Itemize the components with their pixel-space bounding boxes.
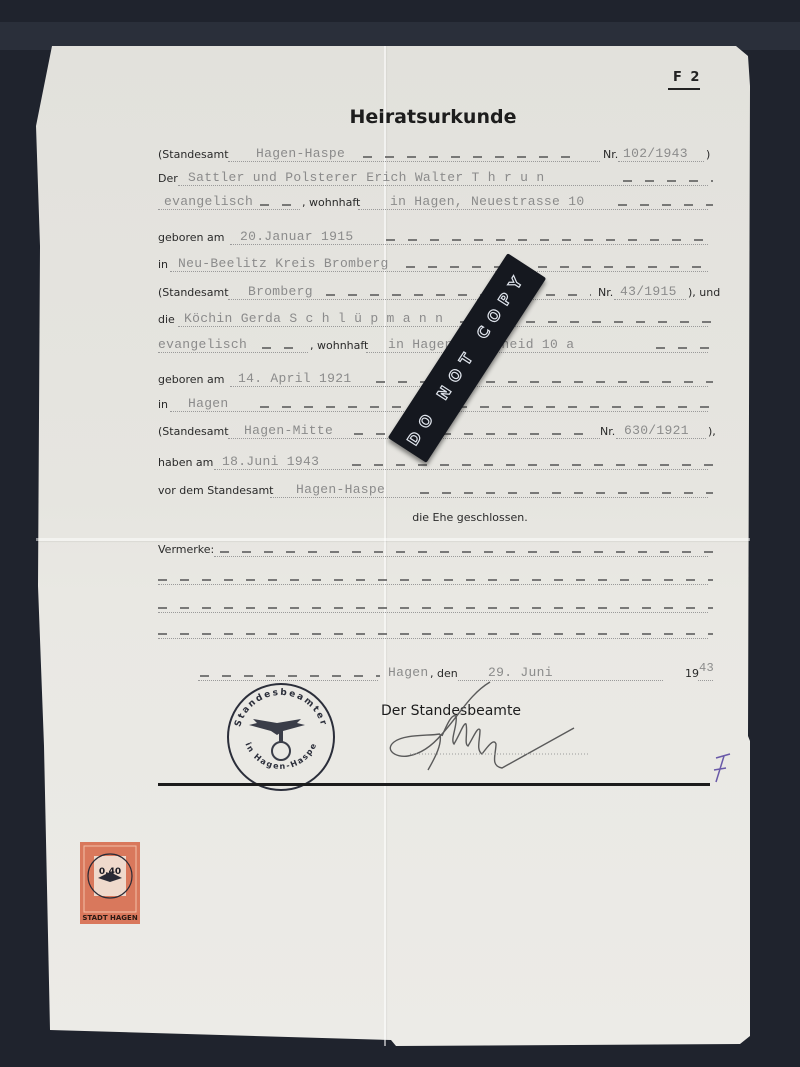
bride-registry-number: 630/1921 — [624, 423, 689, 438]
remarks-label: Vermerke: — [158, 543, 214, 556]
groom-name: Sattler und Polsterer Erich Walter T h r… — [188, 170, 544, 185]
seal-top-text: Standesbeamter — [233, 688, 328, 728]
groom-birthplace: Neu-Beelitz Kreis Bromberg — [178, 256, 389, 271]
form-code-underline — [668, 88, 700, 90]
bride-birth-date: 14. April 1921 — [238, 371, 351, 386]
marriage-date: 18.Juni 1943 — [222, 454, 319, 469]
stamp-issuer: STADT HAGEN — [82, 914, 138, 922]
svg-text:in Hagen-Haspe: in Hagen-Haspe — [243, 741, 318, 771]
groom-registry-number: 43/1915 — [620, 284, 677, 299]
groom-registry-office: Bromberg — [248, 284, 313, 299]
certificate-number: 102/1943 — [623, 146, 688, 161]
nr-label: Nr. — [603, 148, 618, 161]
svg-text:Standesbeamter: Standesbeamter — [233, 688, 328, 728]
row-remarks: Vermerke: — [158, 538, 714, 558]
seal-bottom-text: in Hagen-Haspe — [243, 741, 318, 771]
registry-value: Hagen-Haspe — [256, 146, 345, 161]
row-marriage-date: haben am 18.Juni 1943 — [158, 451, 714, 471]
row-bride-residence: evangelisch , wohnhaft in Hagen, J…schei… — [158, 334, 714, 354]
row-groom-residence: evangelisch , wohnhaft in Hagen, Neuestr… — [158, 191, 714, 211]
background-frame — [0, 22, 800, 50]
revenue-stamp: 0.40 STADT HAGEN — [80, 842, 140, 924]
row-marriage-office: vor dem Standesamt Hagen-Haspe — [158, 479, 714, 499]
marriage-closing-text: die Ehe geschlossen. — [0, 511, 800, 524]
bride-registry-office: Hagen-Mitte — [244, 423, 333, 438]
form-code: F 2 — [673, 70, 701, 85]
signature-rule — [158, 783, 710, 786]
row-remarks-3 — [158, 594, 714, 614]
bride-religion: evangelisch — [158, 337, 247, 352]
row-groom-name: Der Sattler und Polsterer Erich Walter T… — [158, 167, 714, 187]
row-remarks-4 — [158, 620, 714, 640]
row-registry-office: (Standesamt Hagen-Haspe Nr. 102/1943 ) — [158, 143, 714, 163]
row-groom-birthplace: in Neu-Beelitz Kreis Bromberg — [158, 253, 714, 273]
row-remarks-2 — [158, 566, 714, 586]
signature — [370, 674, 590, 784]
row-bride-name: die Köchin Gerda S c h l ü p m a n n — [158, 308, 714, 328]
row-groom-born: geboren am 20.Januar 1915 — [158, 226, 714, 246]
groom-residence: in Hagen, Neuestrasse 10 — [390, 194, 584, 209]
issue-year: 43 — [699, 661, 714, 675]
marriage-office: Hagen-Haspe — [296, 482, 385, 497]
bride-birthplace: Hagen — [188, 396, 229, 411]
registry-label: (Standesamt — [158, 148, 229, 161]
document-title: Heiratsurkunde — [0, 106, 800, 128]
bride-name: Köchin Gerda S c h l ü p m a n n — [184, 311, 443, 326]
groom-birth-date: 20.Januar 1915 — [240, 229, 353, 244]
row-groom-registry: (Standesamt Bromberg Nr. 43/1915 ), und — [158, 281, 714, 301]
pen-mark-annotation — [710, 752, 734, 786]
groom-religion: evangelisch — [164, 194, 253, 209]
official-seal: Standesbeamter in Hagen-Haspe — [225, 681, 337, 793]
